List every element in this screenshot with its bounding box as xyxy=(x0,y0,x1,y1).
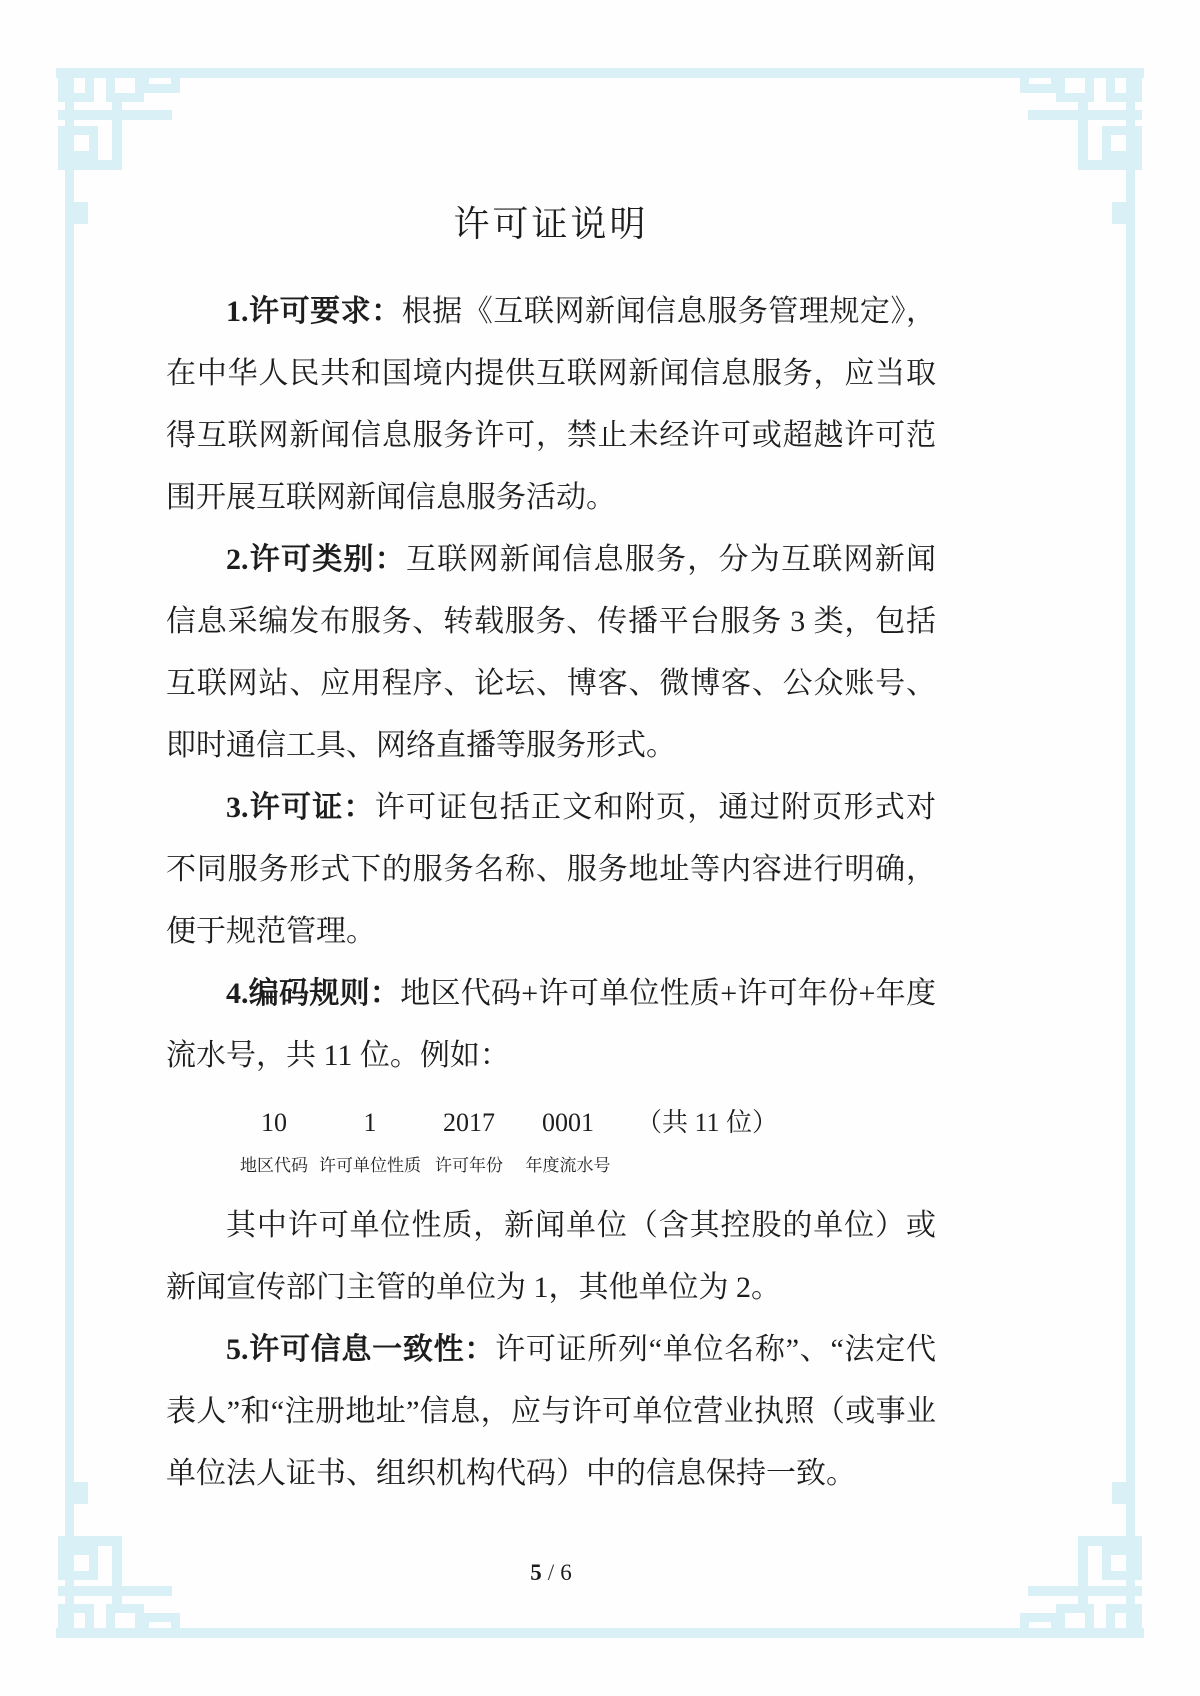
page-number: 5/6 xyxy=(166,1560,936,1586)
code-label-entity-type: 许可单位性质 xyxy=(319,1155,421,1177)
code-example: 10 地区代码 1 许可单位性质 2017 许可年份 0001 年度流水号 （共… xyxy=(166,1103,936,1177)
page-number-total: 6 xyxy=(560,1560,572,1585)
paragraph-4-sub-text: 其中许可单位性质，新闻单位（含其控股的单位）或新闻宣传部门主管的单位为 1，其他… xyxy=(166,1209,936,1304)
page-title: 许可证说明 xyxy=(166,196,936,247)
paragraph-1-lead: 1.许可要求： xyxy=(226,295,402,328)
scanned-document-page: 许可证说明 1.许可要求：根据《互联网新闻信息服务管理规定》，在中华人民共和国境… xyxy=(0,0,1200,1696)
code-column-entity-type: 1 许可单位性质 xyxy=(318,1103,422,1177)
code-value-entity-type: 1 xyxy=(364,1103,377,1143)
document-content: 许可证说明 1.许可要求：根据《互联网新闻信息服务管理规定》，在中华人民共和国境… xyxy=(166,196,936,1505)
code-label-year: 许可年份 xyxy=(435,1155,503,1177)
code-value-year: 2017 xyxy=(443,1103,495,1143)
paragraph-4-sub: 其中许可单位性质，新闻单位（含其控股的单位）或新闻宣传部门主管的单位为 1，其他… xyxy=(166,1195,936,1319)
paragraph-5: 5.许可信息一致性：许可证所列“单位名称”、“法定代表人”和“注册地址”信息，应… xyxy=(166,1319,936,1505)
code-label-region: 地区代码 xyxy=(240,1155,308,1177)
paragraph-5-lead: 5.许可信息一致性： xyxy=(226,1333,495,1366)
page-number-current: 5 xyxy=(530,1560,542,1585)
paragraph-4-lead: 4.编码规则： xyxy=(226,977,400,1010)
paragraph-3-lead: 3.许可证： xyxy=(226,791,375,824)
code-suffix: （共 11 位） xyxy=(636,1103,778,1143)
code-column-serial: 0001 年度流水号 xyxy=(516,1103,620,1177)
code-label-serial: 年度流水号 xyxy=(526,1155,611,1177)
page-number-separator: / xyxy=(548,1560,554,1585)
code-column-year: 2017 许可年份 xyxy=(422,1103,516,1177)
paragraph-4: 4.编码规则：地区代码+许可单位性质+许可年份+年度流水号，共 11 位。例如： xyxy=(166,963,936,1087)
paragraph-2: 2.许可类别：互联网新闻信息服务，分为互联网新闻信息采编发布服务、转载服务、传播… xyxy=(166,529,936,777)
code-value-region: 10 xyxy=(261,1103,287,1143)
paragraph-3: 3.许可证：许可证包括正文和附页，通过附页形式对不同服务形式下的服务名称、服务地… xyxy=(166,777,936,963)
paragraph-2-lead: 2.许可类别： xyxy=(226,543,406,576)
code-value-serial: 0001 xyxy=(542,1103,594,1143)
paragraph-1: 1.许可要求：根据《互联网新闻信息服务管理规定》，在中华人民共和国境内提供互联网… xyxy=(166,281,936,529)
code-column-region: 10 地区代码 xyxy=(230,1103,318,1177)
